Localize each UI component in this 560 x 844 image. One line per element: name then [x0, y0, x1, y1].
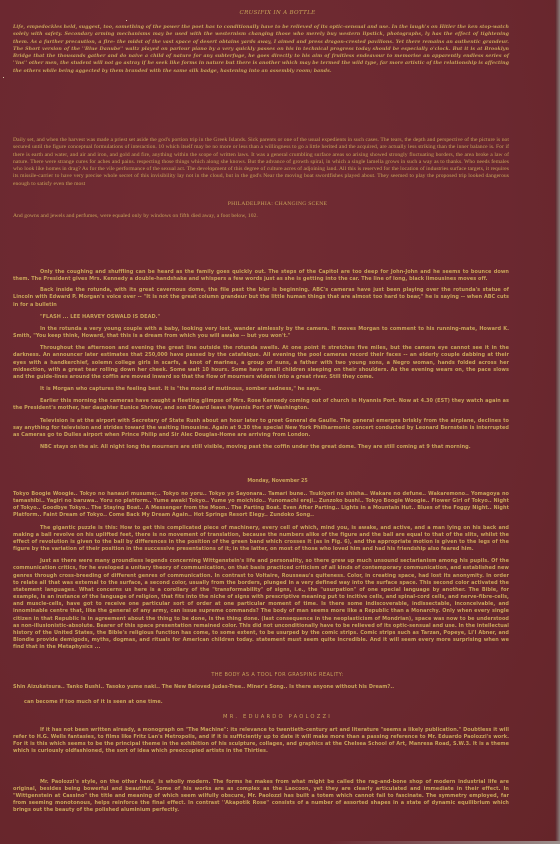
- kennedy-paragraph: It is Morgan who captures the feeling be…: [13, 386, 509, 393]
- section-title-philadelphia: PHILADELPHIA: CHANGING SCENE: [0, 201, 555, 207]
- wittgenstein-paragraph: Just as there were many groundless legen…: [13, 558, 509, 651]
- kennedy-paragraph: In the rotunda a very young couple with …: [13, 326, 509, 340]
- kennedy-paragraph: Back inside the rotunda, with its great …: [13, 287, 509, 308]
- song-list: Tokyo Boogie Woogie.. Tokyo no hanauri m…: [13, 491, 509, 520]
- kennedy-paragraph: NBC stays on the air. All night long the…: [13, 444, 509, 451]
- paper-speck: [3, 77, 4, 78]
- page-edge: [555, 0, 560, 844]
- crusifix-paragraph: Life, empedockles held, suggest, too, so…: [13, 24, 509, 75]
- kennedy-section: Only the coughing and shuffling can be h…: [13, 269, 509, 451]
- daily-set-paragraph: Daily set, and when the harvest was made…: [13, 137, 509, 188]
- paolozzi-paragraph: If it has not been written already, a mo…: [13, 727, 509, 756]
- kennedy-paragraph: Television is at the airport with Secret…: [13, 418, 509, 439]
- paper-speck: [126, 20, 127, 21]
- kennedy-paragraph: Only the coughing and shuffling can be h…: [13, 269, 509, 283]
- paolozzi-paragraph: Mr. Paolozzi's style, on the other hand,…: [13, 779, 509, 815]
- kennedy-paragraph: Earlier this morning the cameras have ca…: [13, 398, 509, 412]
- kennedy-paragraph: Throughout the afternoon and evening the…: [13, 345, 509, 381]
- section-title-body-as-tool: THE BODY AS A TOOL FOR GRASPING REALITY:: [0, 672, 555, 678]
- seen-at-one-time-line: can become if too much of it is seen at …: [24, 699, 520, 706]
- paolozzi-section: If it has not been written already, a mo…: [13, 727, 509, 814]
- songs-section: Tokyo Boogie Woogie.. Tokyo no hanauri m…: [13, 491, 509, 651]
- section-title-monday: Monday, November 25: [0, 479, 555, 484]
- song-list-2: Shin Aizukatsura.. Tanko Bushi.. Tasoko …: [13, 684, 509, 691]
- section-title-paolozzi: MR. EDUARDO PAOLOZZI: [0, 714, 555, 720]
- gowns-paragraph: And gowns and jewels and perfumes, were …: [13, 213, 509, 220]
- puzzle-paragraph: The gigantic puzzle is this: How to get …: [13, 525, 509, 554]
- section-title-crusifix: CRUSIFIX IN A BOTTLE: [0, 10, 555, 16]
- flash-bulletin: "FLASH ... LEE HARVEY OSWALD IS DEAD.": [13, 314, 509, 321]
